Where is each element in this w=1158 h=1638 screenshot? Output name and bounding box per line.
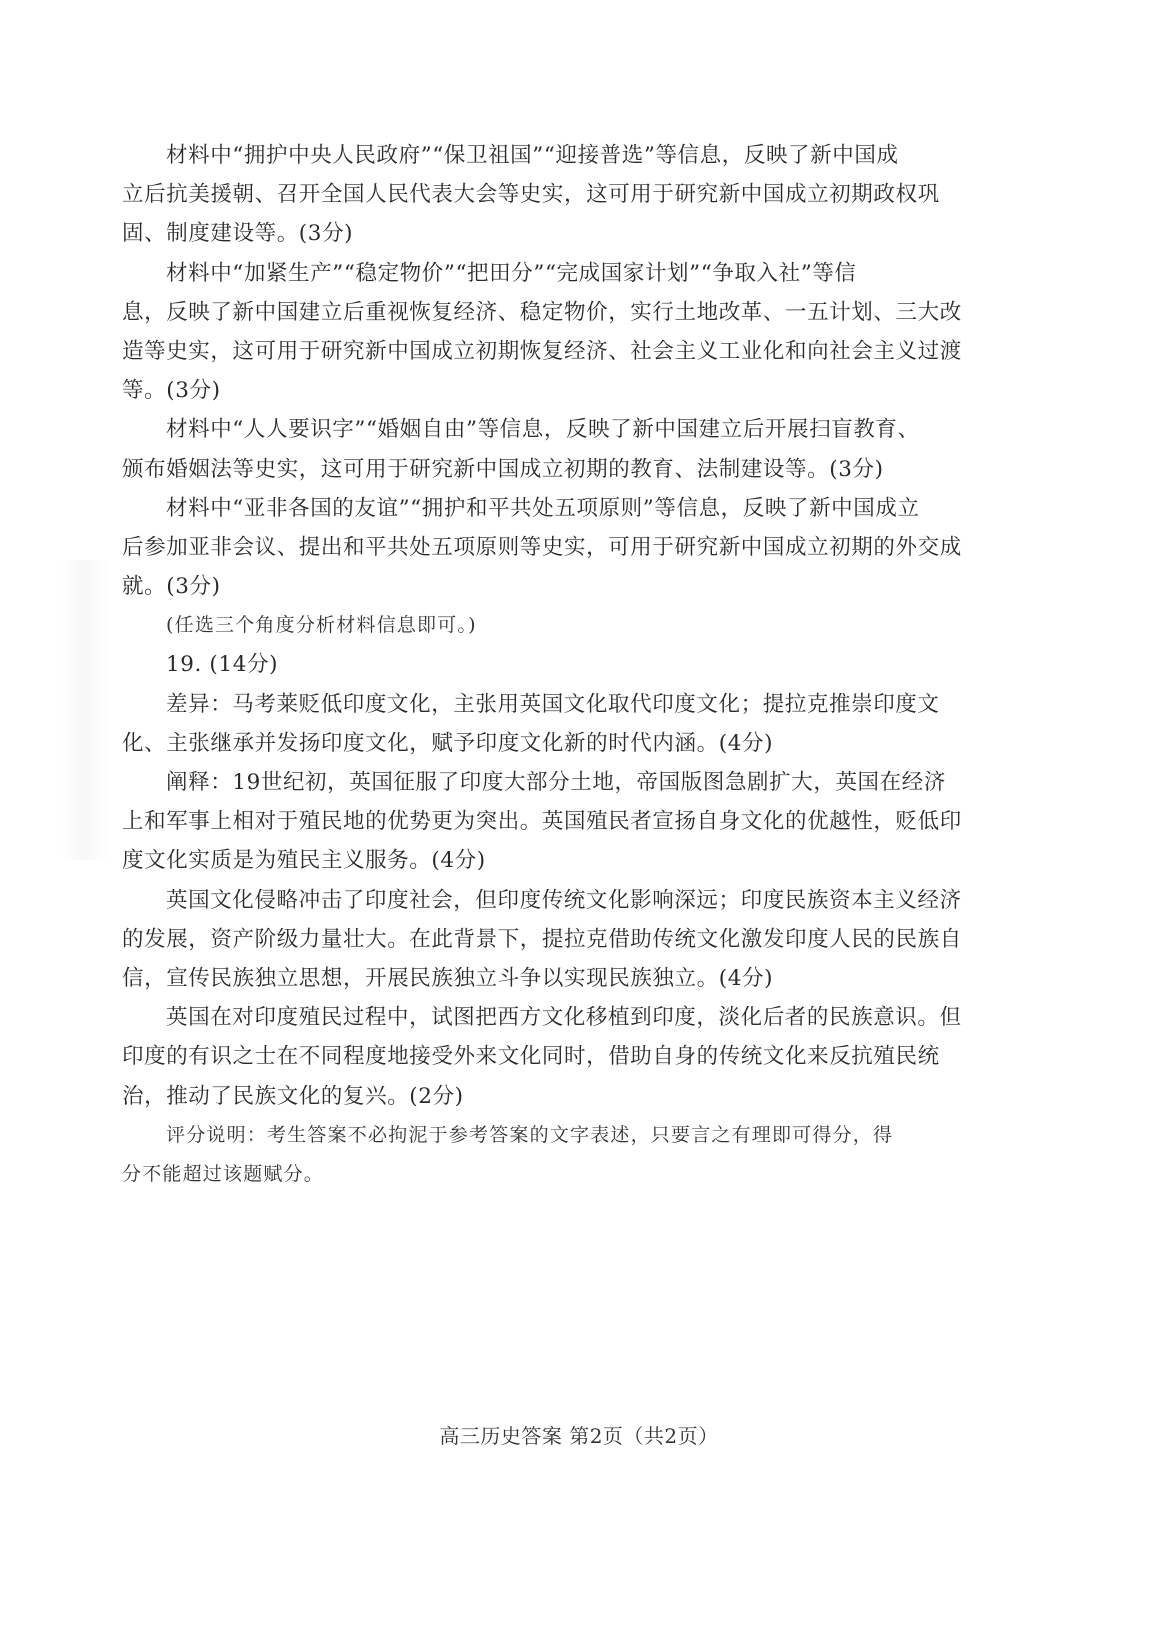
question-number: 19. (14分) — [122, 645, 984, 684]
text-line: 造等史实，这可用于研究新中国成立初期恢复经济、社会主义工业化和向社会主义过渡 — [122, 332, 984, 371]
scan-artifact — [60, 560, 110, 860]
text-line: 信，宣传民族独立思想，开展民族独立斗争以实现民族独立。(4分) — [122, 959, 984, 998]
text-line: 材料中“拥护中央人民政府”“保卫祖国”“迎接普选”等信息，反映了新中国成 — [122, 136, 984, 175]
text-line: 的发展，资产阶级力量壮大。在此背景下，提拉克借助传统文化激发印度人民的民族自 — [122, 920, 984, 959]
grading-note-line: 评分说明：考生答案不必拘泥于参考答案的文字表述，只要言之有理即可得分，得 — [122, 1116, 984, 1155]
text-line: 差异：马考莱贬低印度文化，主张用英国文化取代印度文化；提拉克推崇印度文 — [122, 685, 984, 724]
text-line: 印度的有识之士在不同程度地接受外来文化同时，借助自身的传统文化来反抗殖民统 — [122, 1037, 984, 1076]
text-line: 颁布婚姻法等史实，这可用于研究新中国成立初期的教育、法制建设等。(3分) — [122, 450, 984, 489]
text-line: 化、主张继承并发扬印度文化，赋予印度文化新的时代内涵。(4分) — [122, 724, 984, 763]
text-line: 立后抗美援朝、召开全国人民代表大会等史实，这可用于研究新中国成立初期政权巩 — [122, 175, 984, 214]
text-line: 材料中“人人要识字”“婚姻自由”等信息，反映了新中国建立后开展扫盲教育、 — [122, 410, 984, 449]
text-line: 度文化实质是为殖民主义服务。(4分) — [122, 841, 984, 880]
text-line: 上和军事上相对于殖民地的优势更为突出。英国殖民者宣扬自身文化的优越性，贬低印 — [122, 802, 984, 841]
text-line: 英国在对印度殖民过程中，试图把西方文化移植到印度，淡化后者的民族意识。但 — [122, 998, 984, 1037]
text-line: 息，反映了新中国建立后重视恢复经济、稳定物价，实行土地改革、一五计划、三大改 — [122, 293, 984, 332]
text-line: 就。(3分) — [122, 567, 984, 606]
grading-note-line: 分不能超过该题赋分。 — [122, 1155, 984, 1194]
text-line: 后参加亚非会议、提出和平共处五项原则等史实，可用于研究新中国成立初期的外交成 — [122, 528, 984, 567]
note-line: (任选三个角度分析材料信息即可。) — [122, 606, 984, 645]
text-line: 英国文化侵略冲击了印度社会，但印度传统文化影响深远；印度民族资本主义经济 — [122, 881, 984, 920]
text-line: 材料中“亚非各国的友谊”“拥护和平共处五项原则”等信息，反映了新中国成立 — [122, 489, 984, 528]
page-footer: 高三历史答案 第2页（共2页） — [0, 1420, 1158, 1449]
text-line: 材料中“加紧生产”“稳定物价”“把田分”“完成国家计划”“争取入社”等信 — [122, 254, 984, 293]
text-line: 固、制度建设等。(3分) — [122, 214, 984, 253]
answer-page-body: 材料中“拥护中央人民政府”“保卫祖国”“迎接普选”等信息，反映了新中国成 立后抗… — [122, 136, 984, 1194]
text-line: 治，推动了民族文化的复兴。(2分) — [122, 1077, 984, 1116]
text-line: 等。(3分) — [122, 371, 984, 410]
text-line: 阐释：19世纪初，英国征服了印度大部分土地，帝国版图急剧扩大，英国在经济 — [122, 763, 984, 802]
